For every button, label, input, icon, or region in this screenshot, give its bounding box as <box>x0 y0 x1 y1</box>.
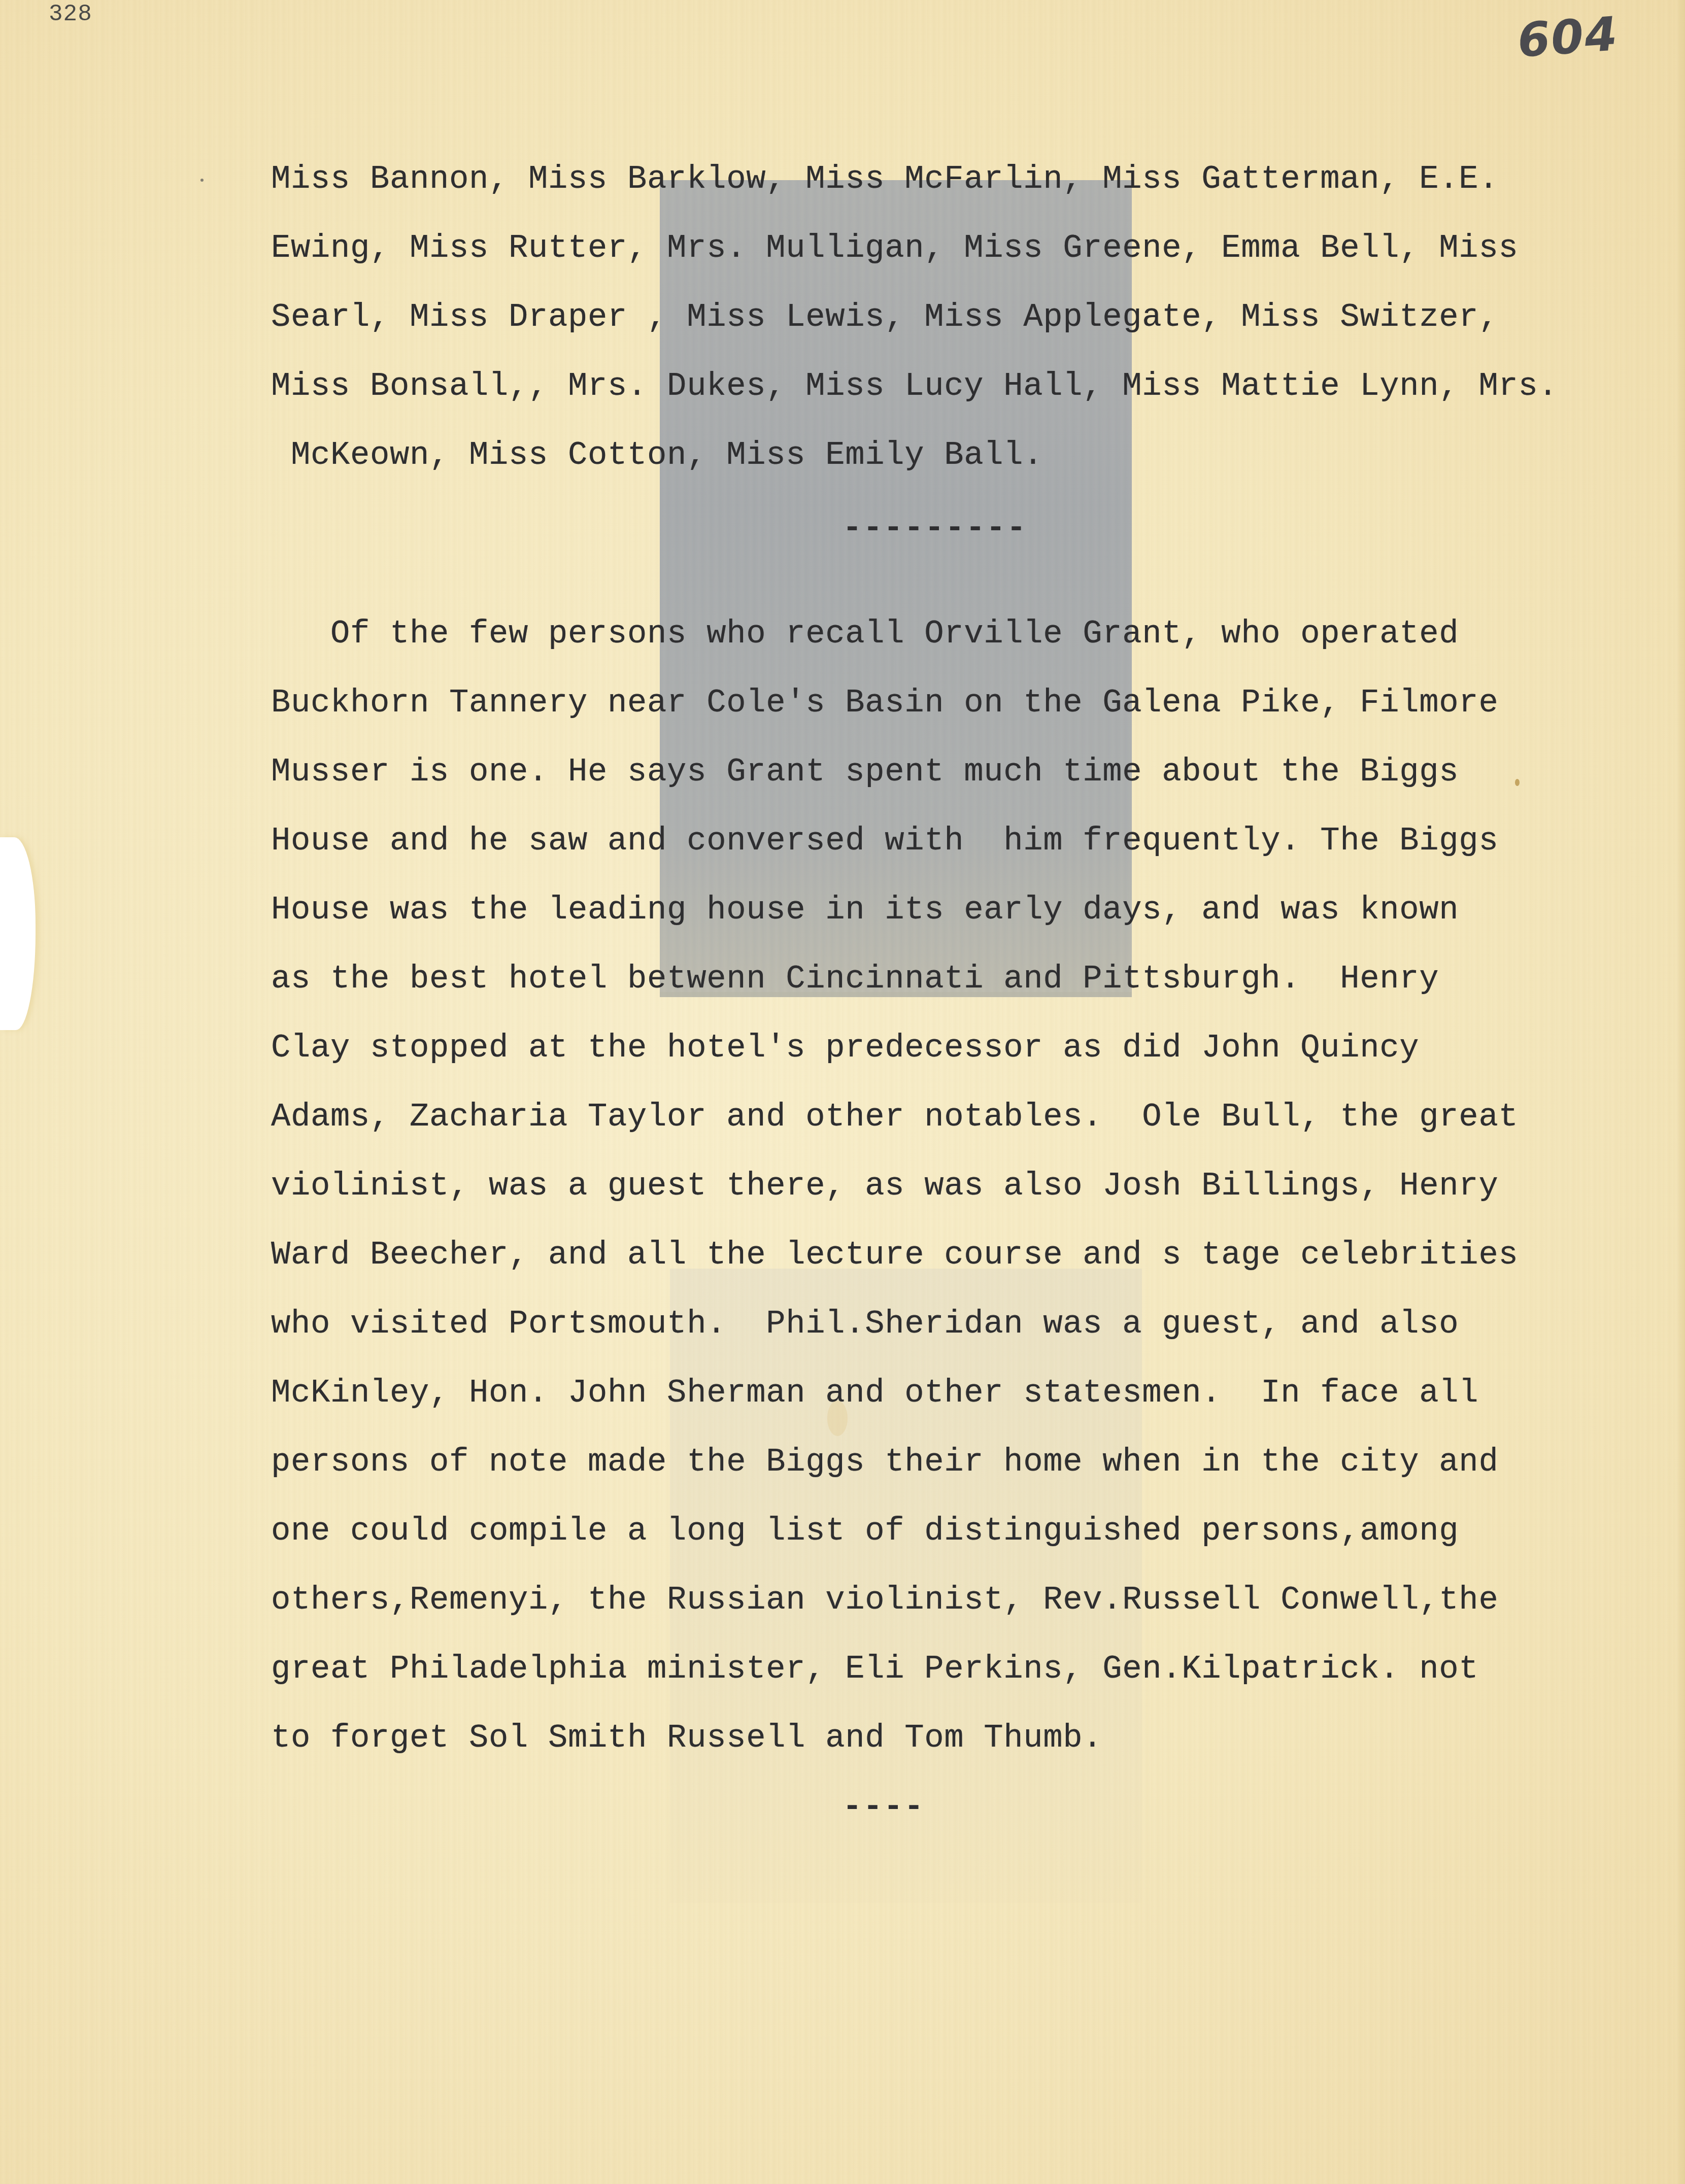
paragraph-line: Clay stopped at the hotel's predecessor … <box>271 1032 1419 1065</box>
paragraph-line: violinist, was a guest there, as was als… <box>271 1170 1498 1203</box>
paragraph-line: Ward Beecher, and all the lecture course… <box>271 1239 1518 1272</box>
paragraph-line: House was the leading house in its early… <box>271 894 1459 927</box>
paper-stain <box>827 1401 848 1436</box>
typed-page-number: 328 <box>49 1 92 27</box>
paper-stain <box>1515 779 1520 786</box>
names-line: Searl, Miss Draper , Miss Lewis, Miss Ap… <box>271 301 1498 334</box>
paragraph-line: Buckhorn Tannery near Cole's Basin on th… <box>271 687 1498 720</box>
paragraph-line: others,Remenyi, the Russian violinist, R… <box>271 1584 1498 1617</box>
paragraph-line: Musser is one. He says Grant spent much … <box>271 756 1459 789</box>
end-separator: ---- <box>842 1791 925 1824</box>
paper-speck <box>200 179 204 182</box>
paragraph-line: one could compile a long list of disting… <box>271 1515 1459 1548</box>
names-line: Miss Bannon, Miss Barklow, Miss McFarlin… <box>271 163 1498 196</box>
paragraph-line: great Philadelphia minister, Eli Perkins… <box>271 1653 1478 1686</box>
paragraph-line: who visited Portsmouth. Phil.Sheridan wa… <box>271 1308 1459 1341</box>
names-line: Ewing, Miss Rutter, Mrs. Mulligan, Miss … <box>271 232 1518 265</box>
paragraph-line: McKinley, Hon. John Sherman and other st… <box>271 1377 1478 1410</box>
handwritten-page-number: 604 <box>1516 7 1620 68</box>
section-separator: --------- <box>842 513 1027 545</box>
paragraph-line: to forget Sol Smith Russell and Tom Thum… <box>271 1722 1102 1755</box>
paragraph-line: Adams, Zacharia Taylor and other notable… <box>271 1101 1518 1134</box>
paper-edge-shadow <box>1676 0 1685 2184</box>
paragraph-line: as the best hotel betwenn Cincinnati and… <box>271 963 1439 996</box>
paragraph-line: House and he saw and conversed with him … <box>271 825 1498 858</box>
names-line: Miss Bonsall,, Mrs. Dukes, Miss Lucy Hal… <box>271 370 1558 403</box>
names-line: McKeown, Miss Cotton, Miss Emily Ball. <box>271 439 1043 472</box>
paragraph-line: persons of note made the Biggs their hom… <box>271 1446 1498 1479</box>
paragraph-line: Of the few persons who recall Orville Gr… <box>271 618 1459 651</box>
